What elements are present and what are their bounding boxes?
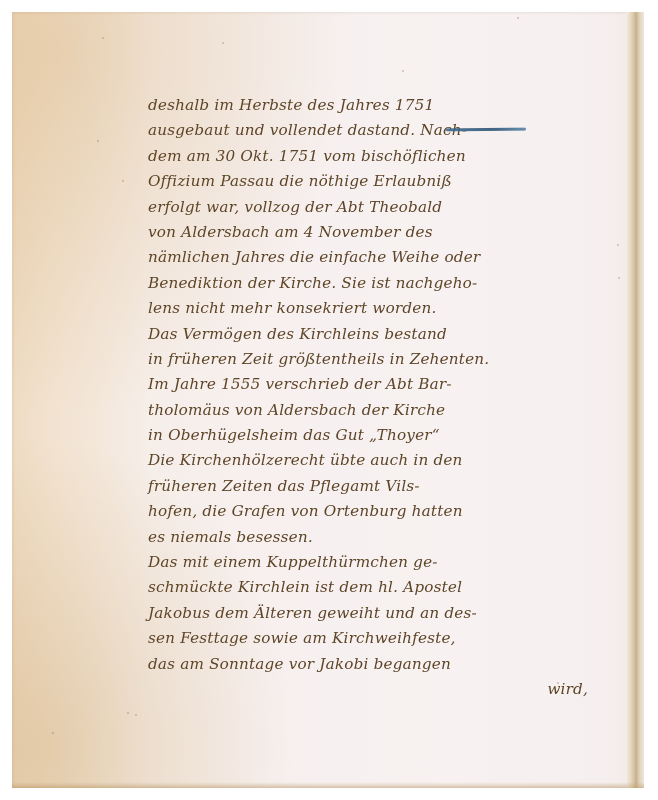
text-line: tholomäus von Aldersbach der Kirche — [148, 398, 598, 423]
paper-speck — [102, 37, 104, 39]
paper-speck — [517, 17, 519, 19]
paper-speck — [402, 70, 404, 72]
text-line: lens nicht mehr konsekriert worden. — [148, 296, 598, 321]
text-line: früheren Zeiten das Pflegamt Vils- — [148, 474, 598, 499]
paper-speck — [135, 714, 137, 716]
paper-speck — [617, 244, 619, 246]
text-line: von Aldersbach am 4 November des — [148, 220, 598, 245]
page-bottom-edge — [12, 782, 644, 788]
paper-speck — [97, 140, 99, 142]
text-line: das am Sonntage vor Jakobi begangen — [148, 652, 598, 677]
paper-speck — [222, 42, 224, 44]
paper-speck — [618, 277, 620, 279]
paper-speck — [122, 180, 124, 182]
text-line: dem am 30 Okt. 1751 vom bischöflichen — [148, 144, 598, 169]
paper-speck — [127, 712, 129, 714]
scanned-page: deshalb im Herbste des Jahres 1751 ausge… — [0, 0, 658, 800]
text-line: Das mit einem Kuppelthürmchen ge- — [148, 550, 598, 575]
text-line: in früheren Zeit größtentheils in Zehent… — [148, 347, 598, 372]
manuscript-text: deshalb im Herbste des Jahres 1751 ausge… — [148, 93, 598, 702]
text-line: wird, — [148, 677, 598, 702]
text-line: Benediktion der Kirche. Sie ist nachgeho… — [148, 271, 598, 296]
text-line: in Oberhügelsheim das Gut „Thoyer“ — [148, 423, 598, 448]
text-line: hofen, die Grafen von Ortenburg hatten — [148, 499, 598, 524]
text-line: deshalb im Herbste des Jahres 1751 — [148, 93, 598, 118]
text-line: Jakobus dem Älteren geweiht und an des- — [148, 601, 598, 626]
blue-strikethrough-correction — [446, 128, 526, 132]
text-line: es niemals besessen. — [148, 525, 598, 550]
text-line: sen Festtage sowie am Kirchweihfeste, — [148, 626, 598, 651]
text-line-content: ausgebaut und vollendet dastand. Nach- — [148, 121, 467, 139]
text-line: ausgebaut und vollendet dastand. Nach- — [148, 118, 598, 143]
text-line: Im Jahre 1555 verschrieb der Abt Bar- — [148, 372, 598, 397]
text-line: Offizium Passau die nöthige Erlaubniß — [148, 169, 598, 194]
text-line: schmückte Kirchlein ist dem hl. Apostel — [148, 575, 598, 600]
paper-speck — [52, 732, 54, 734]
text-line: Die Kirchenhölzerecht übte auch in den — [148, 448, 598, 473]
binding-edge — [626, 12, 644, 788]
text-line: nämlichen Jahres die einfache Weihe oder — [148, 245, 598, 270]
text-line: Das Vermögen des Kirchleins bestand — [148, 322, 598, 347]
text-line: erfolgt war, vollzog der Abt Theobald — [148, 195, 598, 220]
